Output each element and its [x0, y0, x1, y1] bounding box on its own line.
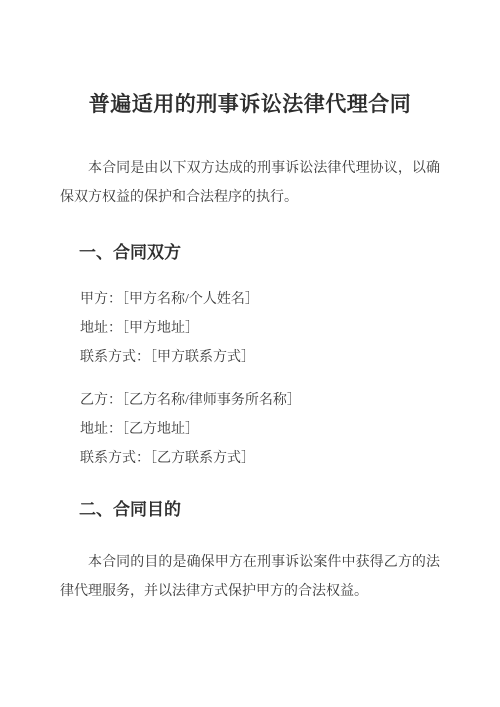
party-a-name-line: 甲方：［甲方名称/个人姓名］ [80, 285, 440, 314]
intro-paragraph: 本合同是由以下双方达成的刑事诉讼法律代理协议，以确保双方权益的保护和合法程序的执… [60, 154, 440, 212]
contract-document-page: 普遍适用的刑事诉讼法律代理合同 本合同是由以下双方达成的刑事诉讼法律代理协议，以… [0, 0, 500, 707]
document-title: 普遍适用的刑事诉讼法律代理合同 [60, 90, 440, 120]
party-a-block: 甲方：［甲方名称/个人姓名］ 地址：［甲方地址］ 联系方式：［甲方联系方式］ [80, 285, 440, 372]
party-a-contact-line: 联系方式：［甲方联系方式］ [80, 343, 440, 372]
purpose-paragraph: 本合同的目的是确保甲方在刑事诉讼案件中获得乙方的法律代理服务，并以法律方式保护甲… [60, 548, 440, 606]
party-a-address-line: 地址：［甲方地址］ [80, 314, 440, 343]
party-b-name-line: 乙方：［乙方名称/律师事务所名称］ [80, 386, 440, 415]
party-b-address-line: 地址：［乙方地址］ [80, 415, 440, 444]
section-heading-purpose: 二、合同目的 [79, 497, 440, 523]
section-heading-parties: 一、合同双方 [79, 240, 440, 266]
party-b-contact-line: 联系方式：［乙方联系方式］ [80, 444, 440, 473]
party-b-block: 乙方：［乙方名称/律师事务所名称］ 地址：［乙方地址］ 联系方式：［乙方联系方式… [80, 386, 440, 473]
